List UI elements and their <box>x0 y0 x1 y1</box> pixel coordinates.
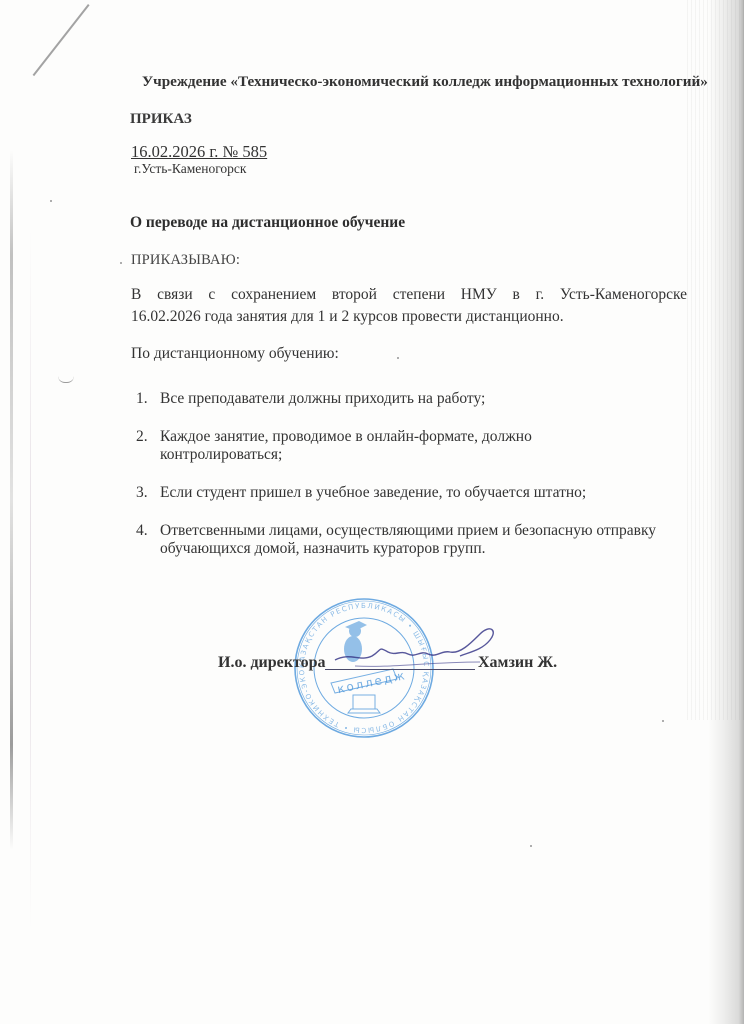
paragraph-line-2: 16.02.2026 года занятия для 1 и 2 курсов… <box>131 306 687 328</box>
list-item: 2. Каждое занятие, проводимое в онлайн-ф… <box>136 428 580 464</box>
list-item-number: 1. <box>136 390 148 408</box>
list-item-text: Каждое занятие, проводимое в онлайн-форм… <box>160 428 580 464</box>
list-item-number: 3. <box>136 484 148 502</box>
scan-artifact-left-line-faint <box>30 230 31 930</box>
scan-speck <box>120 262 122 264</box>
svg-text:колледж: колледж <box>336 668 408 696</box>
signatory-name: Хамзин Ж. <box>478 654 557 672</box>
institution-header: Учреждение «Техническо-экономический кол… <box>142 73 708 91</box>
scan-artifact-diagonal-mark <box>33 4 90 76</box>
list-item-number: 4. <box>136 522 148 540</box>
order-items-list: 1. Все преподаватели должны приходить на… <box>136 390 676 578</box>
scan-speck <box>397 357 399 359</box>
list-item-text: Если студент пришел в учебное заведение,… <box>160 484 660 502</box>
director-signature-icon <box>330 622 500 672</box>
list-item: 3. Если студент пришел в учебное заведен… <box>136 484 660 502</box>
scan-artifact-curve-mark <box>58 376 74 383</box>
list-item: 4. Ответсвенными лицами, осуществляющими… <box>136 522 670 558</box>
scan-artifact-left-line <box>10 150 13 850</box>
list-item-text: Все преподаватели должны приходить на ра… <box>160 390 580 408</box>
list-item-number: 2. <box>136 428 148 446</box>
list-item: 1. Все преподаватели должны приходить на… <box>136 390 580 408</box>
list-item-text: Ответсвенными лицами, осуществляющими пр… <box>160 522 670 558</box>
order-date-number: 16.02.2026 г. № 585 <box>131 142 267 162</box>
scan-speck <box>662 720 664 722</box>
paragraph-line-1: В связи с сохранением второй степени НМУ… <box>131 284 687 306</box>
decree-word: ПРИКАЗЫВАЮ: <box>131 252 240 269</box>
scan-speck <box>50 200 52 202</box>
list-heading: По дистанционному обучению: <box>131 345 339 363</box>
main-paragraph: В связи с сохранением второй степени НМУ… <box>131 284 687 328</box>
scan-artifact-right-edge <box>708 0 744 1024</box>
signature-line <box>325 669 475 670</box>
signatory-role: И.о. директора <box>218 654 326 672</box>
order-subject: О переводе на дистанционное обучение <box>130 214 405 232</box>
scan-speck <box>530 845 532 847</box>
order-city: г.Усть-Каменогорск <box>134 161 246 177</box>
document-type-title: ПРИКАЗ <box>130 111 192 128</box>
scanned-document-page: Учреждение «Техническо-экономический кол… <box>0 0 744 1024</box>
